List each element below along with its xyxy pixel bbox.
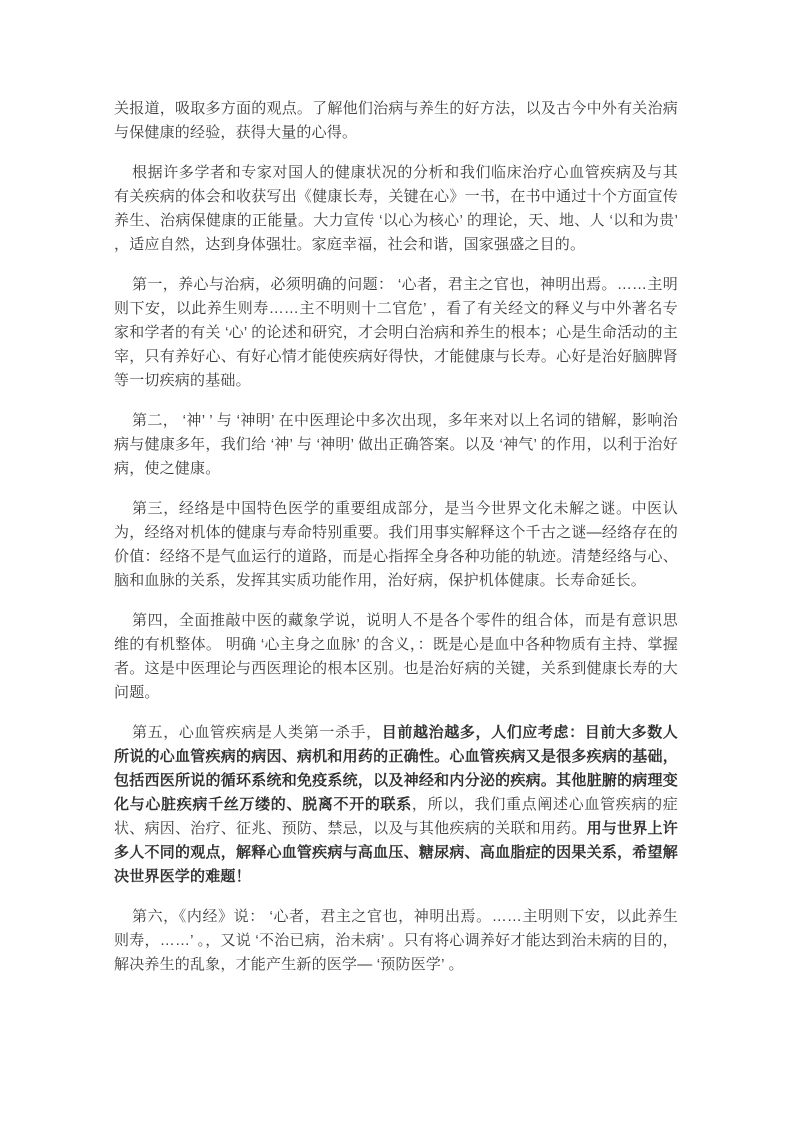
paragraph: 根据许多学者和专家对国人的健康状况的分析和我们临床治疗心血管疾病及与其有关疾病的… bbox=[114, 161, 678, 257]
text-segment: 第二， ‘神’ ’ 与 ‘神明’ 在中医理论中多次出现，多年来对以上名词的错解，… bbox=[114, 412, 678, 477]
paragraph: 第四，全面推敲中医的藏象学说，说明人不是各个零件的组合体，而是有意识思维的有机整… bbox=[114, 609, 678, 705]
document-body: 关报道，吸取多方面的观点。了解他们治病与养生的好方法，以及古今中外有关治病与保健… bbox=[114, 97, 678, 977]
paragraph: 第六，《内经》说： ‘心者，君主之官也，神明出焉。……主明则下安，以此养生则寿，… bbox=[114, 905, 678, 977]
paragraph: 关报道，吸取多方面的观点。了解他们治病与养生的好方法，以及古今中外有关治病与保健… bbox=[114, 97, 678, 145]
text-segment: 根据许多学者和专家对国人的健康状况的分析和我们临床治疗心血管疾病及与其有关疾病的… bbox=[114, 164, 678, 253]
text-segment: 第三，经络是中国特色医学的重要组成部分，是当今世界文化未解之谜。中医认为，经络对… bbox=[114, 500, 678, 589]
text-segment: 第六，《内经》说： ‘心者，君主之官也，神明出焉。……主明则下安，以此养生则寿，… bbox=[114, 908, 678, 973]
text-segment: 第一，养心与治病，必须明确的问题： ‘心者，君主之官也，神明出焉。……主明则下安… bbox=[114, 276, 678, 389]
text-segment: 关报道，吸取多方面的观点。了解他们治病与养生的好方法，以及古今中外有关治病与保健… bbox=[114, 100, 678, 141]
text-segment: 第四，全面推敲中医的藏象学说，说明人不是各个零件的组合体，而是有意识思维的有机整… bbox=[114, 612, 678, 701]
paragraph: 第五，心血管疾病是人类第一杀手，目前越治越多，人们应考虑：目前大多数人所说的心血… bbox=[114, 721, 678, 889]
document-page: 关报道，吸取多方面的观点。了解他们治病与养生的好方法，以及古今中外有关治病与保健… bbox=[0, 0, 794, 1123]
text-segment: 第五，心血管疾病是人类第一杀手， bbox=[132, 724, 382, 741]
paragraph: 第三，经络是中国特色医学的重要组成部分，是当今世界文化未解之谜。中医认为，经络对… bbox=[114, 497, 678, 593]
paragraph: 第一，养心与治病，必须明确的问题： ‘心者，君主之官也，神明出焉。……主明则下安… bbox=[114, 273, 678, 393]
paragraph: 第二， ‘神’ ’ 与 ‘神明’ 在中医理论中多次出现，多年来对以上名词的错解，… bbox=[114, 409, 678, 481]
